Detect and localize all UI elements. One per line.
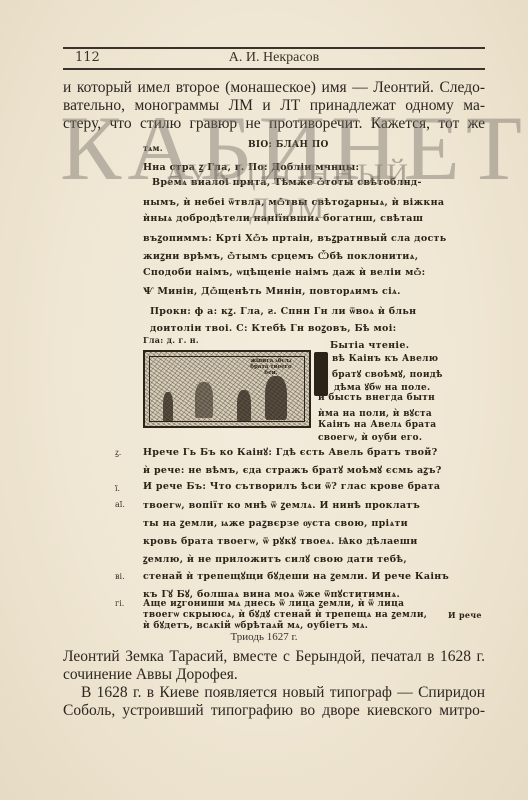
drop-cap-initial — [314, 352, 328, 396]
text-line: и который имел второе (монашеское) имя —… — [63, 79, 485, 97]
text-line: В 1628 г. в Киеве появляется новый типог… — [63, 684, 485, 702]
header-rule-bottom — [63, 68, 485, 70]
right-column-line: дѣма ꙋбѡ на поле. — [334, 380, 430, 393]
slavonic-verse: твоегѡ, вопіїт ко мнѣ ѿ ꙁемлѧ. И нинѣ пр… — [143, 498, 473, 511]
slavonic-verse: И рече Бъ: Что сътворилъ ѣси ѿ? глас кро… — [143, 481, 473, 492]
figure-caption: Триодь 1627 г. — [0, 631, 528, 643]
right-column-line: братꙋ своѣмꙋ, поидѣ — [332, 367, 443, 380]
text-line: Леонтий Земка Тарасий, вместе с Берындой… — [63, 648, 485, 666]
woodcut-figure — [265, 376, 287, 420]
running-head-author: А. И. Некрасов — [63, 50, 485, 66]
slavonic-line: Сподоби наімъ, ѡцѣщеніе наімъ даж ѝ велі… — [143, 267, 473, 278]
book-page: 112 А. И. Некрасов и который имел второе… — [0, 0, 528, 800]
text-line: сочинение Аввы Дорофея. — [63, 666, 485, 684]
woodcut-figure — [237, 390, 251, 422]
slavonic-line: въꙁопиммъ: Крті Хѽъ пртаін, въꙁратнвый с… — [143, 231, 473, 244]
slavonic-verse: Нрече Гь Бъ ко Каінꙋ: Гдѣ єсть Авель бра… — [143, 445, 473, 458]
verse-number: ї. — [115, 484, 120, 493]
slavonic-reading-title: Бытіа чтеніе. — [330, 340, 409, 351]
slavonic-heading-center: ВІО: БЛАН ПО — [248, 140, 329, 150]
slavonic-verse: ѝ рече: не вѣмъ, єда стражъ братꙋ моѣмꙋ … — [143, 463, 473, 476]
slavonic-line: Прокн: ф а: кꙁ. Гла, ꙅ. Спнн Гн ли ѿвоѧ … — [150, 304, 480, 317]
catchword: И рече — [448, 610, 482, 620]
slavonic-line: нымъ, ѝ небеі ѿтвла, мѽтвы свѣтоꙁарныѧ, … — [143, 195, 473, 208]
slavonic-line: Нна стра ꙁ Гла, г. По: Добліи мчнцы: — [143, 160, 473, 173]
paragraph-continuation: Леонтий Земка Тарасий, вместе с Берындой… — [63, 648, 485, 720]
slavonic-verse: ты на ꙁемли, ѩже раꙁвєрзе ѹста свою, прі… — [143, 516, 473, 529]
slavonic-verse: ꙁемлю, ѝ не приложитъ силꙋ свою дати теб… — [143, 552, 473, 565]
right-column-line: вѣ Каінъ къ Авелю — [332, 354, 438, 364]
slavonic-line: доитоліи твоі. С: Ктебѣ Гн воꙁовъ, Бѣ мо… — [150, 321, 480, 334]
woodcut-illustration: жінига ѧбєлѧ брата твоего беи. — [143, 350, 311, 428]
slavonic-verse: кровь брата твоегѡ, ѿ рꙋкꙋ твоеѧ. Ѩко дѣ… — [143, 534, 473, 547]
right-column-line: Каінъ на Авелѧ брата — [318, 419, 436, 430]
paragraph-intro: и который имел второе (монашеское) имя —… — [63, 79, 485, 133]
verse-number: аї. — [115, 500, 125, 509]
slavonic-heading-left: тѧм. — [143, 143, 163, 153]
slavonic-line: Времѧ виалоі прита, Тѣмже ѽтоты свѣтоблн… — [152, 177, 482, 188]
right-column-line: ѝ бысть внегда бытн — [318, 393, 435, 403]
verse-number: ві. — [115, 572, 125, 581]
slavonic-line: жиꙁни врѣмъ, ѽтымъ срцемъ Ѽбѣ поклонитиѧ… — [143, 249, 473, 262]
woodcut-figure — [163, 392, 173, 422]
slavonic-tone-label: Гла: д. г. н. — [143, 335, 199, 345]
slavonic-verse: стенай ѝ трепещꙋщи бꙋдеши на ꙁемли. И ре… — [143, 569, 473, 582]
slavonic-verse: ѝ бꙋдетъ, всѧкій ѡбрѣтаѧй мѧ, оубіетъ мѧ… — [143, 618, 473, 631]
right-column-line: своегѡ, ѝ оуби его. — [318, 432, 422, 443]
right-column-line: ѝма на поли, ѝ вꙋста — [318, 406, 432, 419]
verse-number: ꙁ. — [115, 447, 121, 458]
text-line: вательно, монограммы ЛМ и ЛТ принадлежат… — [63, 97, 485, 115]
woodcut-fire — [195, 382, 213, 418]
running-head: 112 А. И. Некрасов — [63, 50, 485, 68]
text-line: Соболь, устроивший типографию во дворе к… — [63, 702, 485, 720]
slavonic-line: ѝныѧ добродѣтели наніїнвшиѧ богатнш, свѣ… — [143, 213, 473, 224]
header-rule-top — [63, 47, 485, 49]
woodcut-caption: жінига ѧбєлѧ брата твоего беи. — [243, 358, 299, 376]
text-line: стеру, что стилю гравюр не противоречит.… — [63, 115, 485, 133]
verse-number: гі. — [115, 599, 124, 608]
slavonic-line: Ѱ Минін, Дѽщенѣть Минін, повторѧимъ сіѧ. — [143, 286, 473, 297]
